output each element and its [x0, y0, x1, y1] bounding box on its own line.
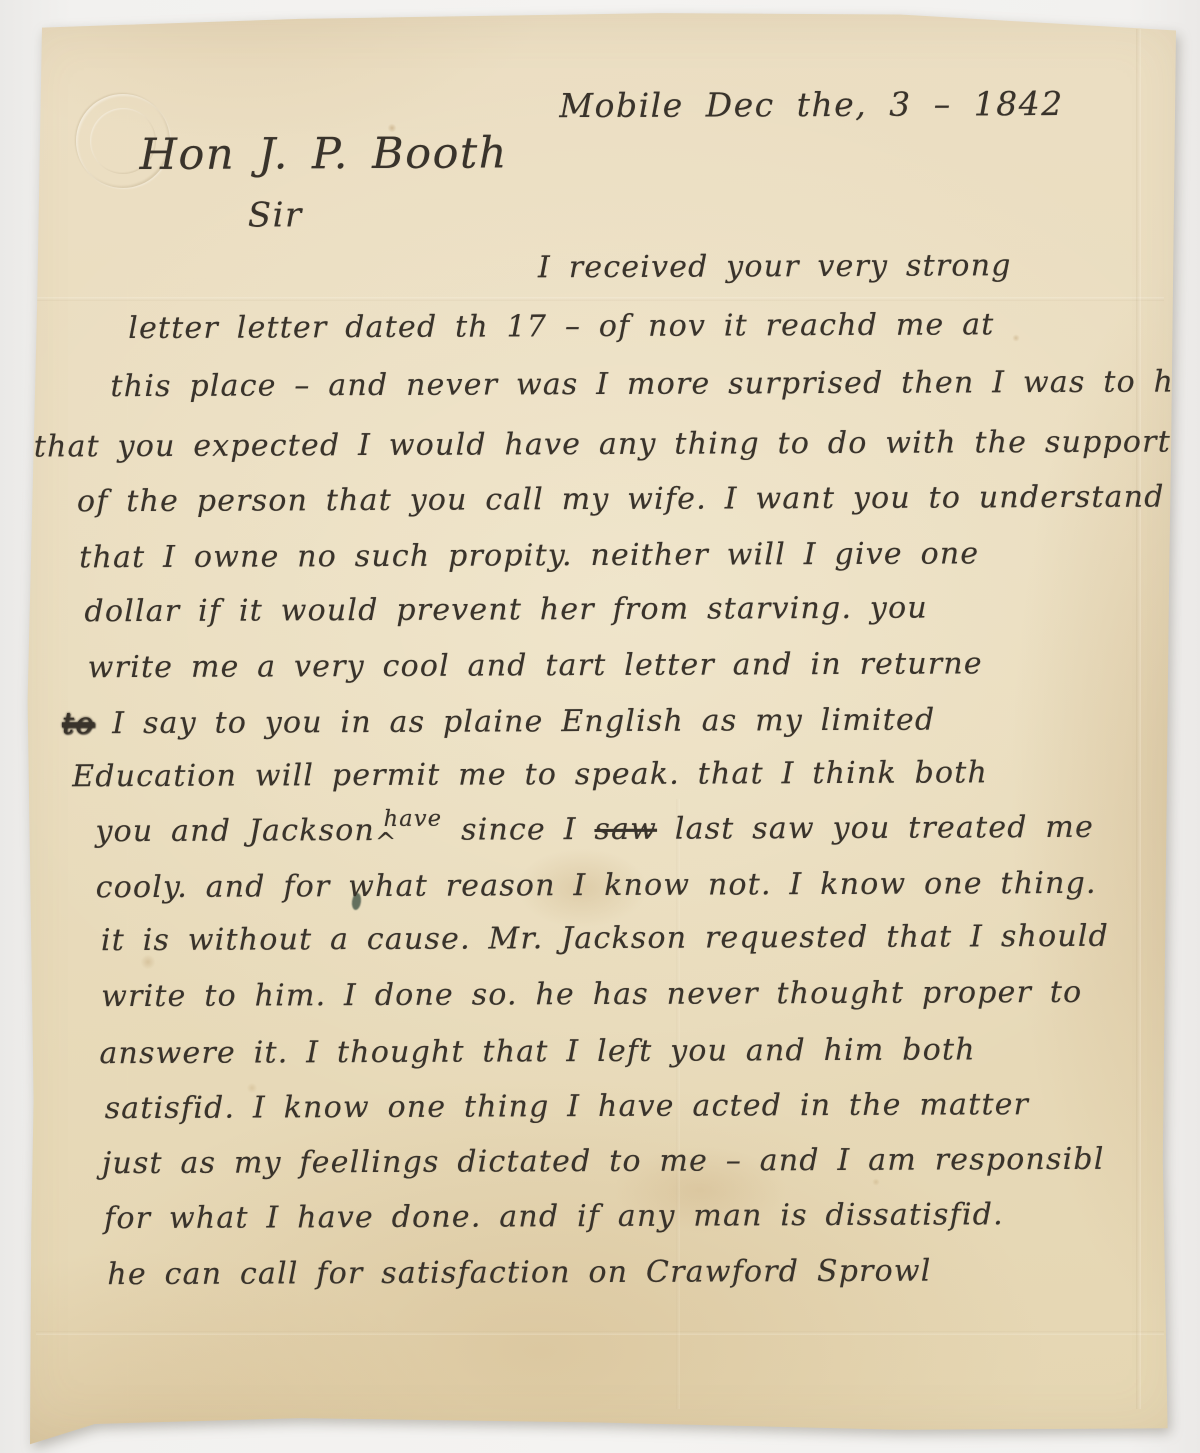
manuscript-line: cooly. and for what reason I know not. I…: [96, 866, 1097, 905]
manuscript-line: of the person that you call my wife. I w…: [77, 480, 1165, 520]
manuscript-line: Education will permit me to speak. that …: [72, 755, 988, 794]
paper-shadow-wrapper: Mobile Dec the, 3 – 1842 Hon J. P. Booth…: [0, 0, 1200, 1453]
line-segment: of the person that you call my wife. I w…: [77, 480, 1165, 520]
manuscript-line: write to him. I done so. he has never th…: [101, 975, 1082, 1014]
manuscript-line: to I say to you in as plaine English as …: [62, 703, 936, 742]
line-segment: you and Jackson: [95, 813, 375, 849]
struck-word: to: [62, 706, 95, 741]
line-segment: dollar if it would prevent her from star…: [84, 591, 927, 630]
manuscript-line: write me a very cool and tart letter and…: [88, 646, 983, 685]
manuscript-line: answere it. I thought that I left you an…: [99, 1032, 975, 1071]
line-segment: letter letter dated th 17 – of nov it re…: [128, 307, 994, 346]
manuscript-line: that you expected I would have any thing…: [34, 425, 1171, 465]
salutation: Sir: [248, 195, 303, 235]
line-segment: write me a very cool and tart letter and…: [88, 646, 983, 685]
manuscript-line: I received your very strong: [538, 248, 1012, 285]
line-segment: that you expected I would have any thing…: [34, 425, 1171, 465]
letter-paper: Mobile Dec the, 3 – 1842 Hon J. P. Booth…: [0, 0, 1200, 1453]
line-segment: I say to you in as plaine English as my …: [94, 703, 935, 742]
line-segment: that I owne no such propity. neither wil…: [79, 536, 979, 575]
manuscript-line: letter letter dated th 17 – of nov it re…: [128, 307, 994, 346]
struck-word: saw: [594, 812, 657, 847]
line-segment: last saw you treated me: [657, 810, 1094, 847]
letter-body: I received your very strongletter letter…: [0, 0, 1197, 3]
line-segment: Education will permit me to speak. that …: [72, 755, 988, 794]
manuscript-line: you and Jackson^have since I saw last sa…: [95, 810, 1094, 849]
manuscript-line: he can call for satisfaction on Crawford…: [107, 1254, 931, 1293]
letter-content: Mobile Dec the, 3 – 1842 Hon J. P. Booth…: [0, 0, 1200, 1453]
line-segment: since I: [443, 812, 594, 848]
line-segment: it is without a cause. Mr. Jackson reque…: [101, 919, 1109, 958]
manuscript-line: it is without a cause. Mr. Jackson reque…: [101, 919, 1109, 958]
line-segment: write to him. I done so. he has never th…: [101, 975, 1082, 1014]
dateline: Mobile Dec the, 3 – 1842: [559, 84, 1064, 125]
manuscript-line: for what I have done. and if any man is …: [104, 1197, 1004, 1236]
line-segment: this place – and never was I more surpri…: [110, 364, 1200, 404]
inserted-word: have: [384, 806, 443, 832]
manuscript-line: satisfid. I know one thing I have acted …: [105, 1087, 1030, 1126]
line-segment: he can call for satisfaction on Crawford…: [107, 1254, 931, 1293]
caret-mark: ^: [375, 828, 387, 858]
manuscript-line: just as my feellings dictated to me – an…: [102, 1142, 1105, 1181]
line-segment: for what I have done. and if any man is …: [104, 1197, 1004, 1236]
recipient-line: Hon J. P. Booth: [139, 128, 508, 180]
line-segment: I received your very strong: [538, 248, 1012, 285]
line-segment: cooly. and for what reason I know not. I…: [96, 866, 1097, 905]
scan-background: Mobile Dec the, 3 – 1842 Hon J. P. Booth…: [0, 0, 1200, 1453]
manuscript-line: dollar if it would prevent her from star…: [84, 591, 927, 630]
line-segment: satisfid. I know one thing I have acted …: [105, 1087, 1030, 1126]
line-segment: answere it. I thought that I left you an…: [99, 1032, 975, 1071]
manuscript-line: this place – and never was I more surpri…: [110, 364, 1200, 404]
manuscript-line: that I owne no such propity. neither wil…: [79, 536, 979, 575]
line-segment: just as my feellings dictated to me – an…: [102, 1142, 1105, 1181]
